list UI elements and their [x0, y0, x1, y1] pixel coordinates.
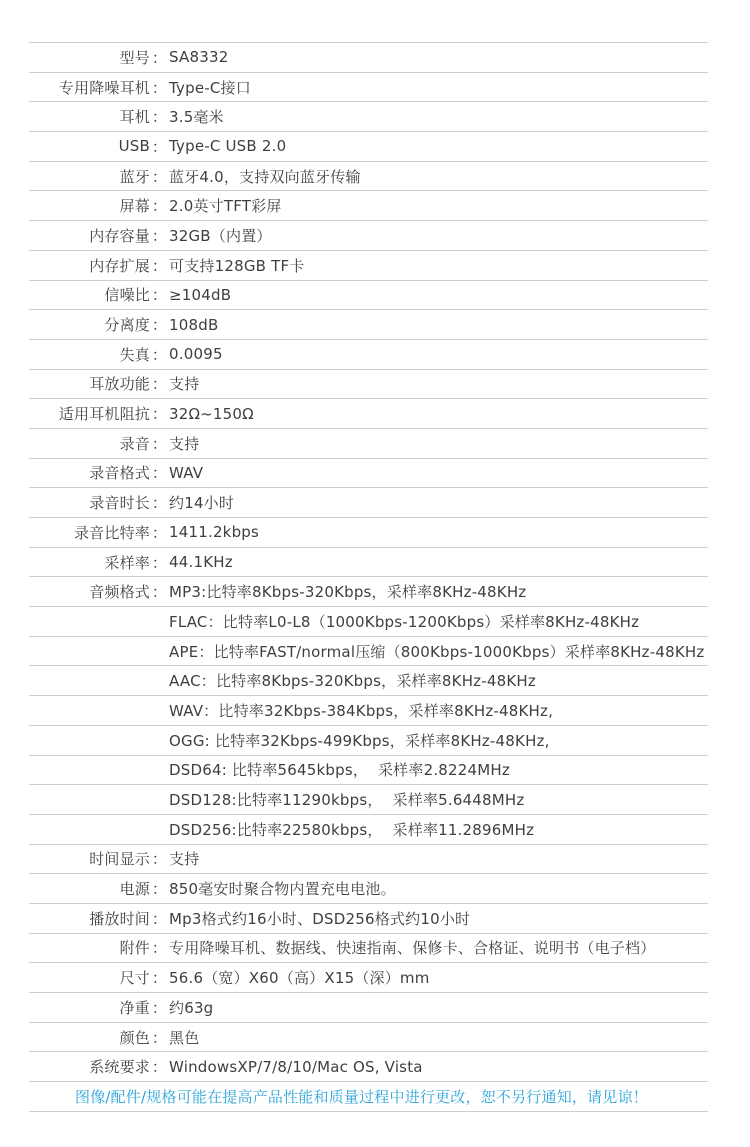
spec-value: APE：比特率FAST/normal压缩（800Kbps-1000Kbps）采样… [169, 641, 708, 662]
spec-value: ≥104dB [169, 286, 708, 304]
spec-row: 内存扩展：可支持128GB TF卡 [29, 250, 708, 280]
spec-row: 型号：SA8332 [29, 42, 708, 72]
spec-label: 音频格式 [29, 581, 150, 602]
spec-value: 黑色 [169, 1027, 708, 1048]
spec-label: 系统要求 [29, 1056, 150, 1077]
spec-label: 附件 [29, 937, 150, 958]
spec-value: 0.0095 [169, 345, 708, 363]
spec-value: OGG: 比特率32Kbps-499Kbps，采样率8KHz-48KHz, [169, 730, 708, 751]
spec-row: FLAC：比特率L0-L8（1000Kbps-1200Kbps）采样率8KHz-… [29, 606, 708, 636]
spec-row: 颜色：黑色 [29, 1022, 708, 1052]
spec-label: 耳机 [29, 106, 150, 127]
spec-colon: ： [150, 284, 169, 305]
spec-colon: ： [150, 403, 169, 424]
spec-row: DSD128:比特率11290kbps， 采样率5.6448MHz [29, 784, 708, 814]
spec-row: DSD256:比特率22580kbps， 采样率11.2896MHz [29, 814, 708, 844]
spec-label: 净重 [29, 997, 150, 1018]
spec-value: Mp3格式约16小时、DSD256格式约10小时 [169, 908, 708, 929]
spec-value: WindowsXP/7/8/10/Mac OS, Vista [169, 1058, 708, 1076]
spec-row: 录音时长：约14小时 [29, 487, 708, 517]
spec-label: 电源 [29, 878, 150, 899]
spec-row: APE：比特率FAST/normal压缩（800Kbps-1000Kbps）采样… [29, 636, 708, 666]
spec-colon: ： [150, 967, 169, 988]
spec-value: WAV：比特率32Kbps-384Kbps，采样率8KHz-48KHz, [169, 700, 708, 721]
spec-value: 108dB [169, 316, 708, 334]
spec-row: 录音：支持 [29, 428, 708, 458]
spec-value: 56.6（宽）X60（高）X15（深）mm [169, 967, 708, 988]
spec-value: 32GB（内置） [169, 225, 708, 246]
spec-colon: ： [150, 1056, 169, 1077]
spec-row: AAC：比特率8Kbps-320Kbps，采样率8KHz-48KHz [29, 665, 708, 695]
spec-value: 3.5毫米 [169, 106, 708, 127]
spec-value: 2.0英寸TFT彩屏 [169, 195, 708, 216]
spec-value: 约14小时 [169, 492, 708, 513]
spec-value: 850毫安时聚合物内置充电电池。 [169, 878, 708, 899]
spec-label: 适用耳机阻抗 [29, 403, 150, 424]
spec-row: WAV：比特率32Kbps-384Kbps，采样率8KHz-48KHz, [29, 695, 708, 725]
spec-row: 播放时间：Mp3格式约16小时、DSD256格式约10小时 [29, 903, 708, 933]
product-spec-page: 型号：SA8332专用降噪耳机：Type-C接口耳机：3.5毫米USB：Type… [0, 0, 750, 1147]
spec-colon: ： [150, 433, 169, 454]
spec-value: WAV [169, 464, 708, 482]
spec-label: 录音格式 [29, 462, 150, 483]
spec-value: 约63g [169, 997, 708, 1018]
spec-row: 屏幕：2.0英寸TFT彩屏 [29, 190, 708, 220]
spec-colon: ： [150, 522, 169, 543]
spec-value: DSD256:比特率22580kbps， 采样率11.2896MHz [169, 819, 708, 840]
spec-colon: ： [150, 225, 169, 246]
spec-row: 信噪比：≥104dB [29, 280, 708, 310]
spec-row: 分离度：108dB [29, 309, 708, 339]
spec-colon: ： [150, 314, 169, 335]
spec-label: USB [29, 137, 150, 155]
spec-row: OGG: 比特率32Kbps-499Kbps，采样率8KHz-48KHz, [29, 725, 708, 755]
spec-colon: ： [150, 908, 169, 929]
spec-colon: ： [150, 106, 169, 127]
spec-label: 屏幕 [29, 195, 150, 216]
spec-label: 尺寸 [29, 967, 150, 988]
spec-colon: ： [150, 878, 169, 899]
spec-colon: ： [150, 581, 169, 602]
spec-label: 播放时间 [29, 908, 150, 929]
spec-label: 内存扩展 [29, 255, 150, 276]
spec-label: 录音比特率 [29, 522, 150, 543]
spec-colon: ： [150, 166, 169, 187]
spec-colon: ： [150, 937, 169, 958]
spec-value: 可支持128GB TF卡 [169, 255, 708, 276]
spec-colon: ： [150, 1027, 169, 1048]
spec-value: Type-C接口 [169, 77, 708, 98]
spec-rows: 型号：SA8332专用降噪耳机：Type-C接口耳机：3.5毫米USB：Type… [29, 42, 708, 1081]
spec-label: 失真 [29, 344, 150, 365]
spec-row: 录音比特率：1411.2kbps [29, 517, 708, 547]
spec-value: Type-C USB 2.0 [169, 137, 708, 155]
spec-value: SA8332 [169, 48, 708, 66]
spec-label: 型号 [29, 47, 150, 68]
spec-row: 净重：约63g [29, 992, 708, 1022]
spec-row: USB：Type-C USB 2.0 [29, 131, 708, 161]
spec-colon: ： [150, 47, 169, 68]
spec-value: 支持 [169, 848, 708, 869]
spec-colon: ： [150, 997, 169, 1018]
spec-label: 耳放功能 [29, 373, 150, 394]
spec-row: 内存容量：32GB（内置） [29, 220, 708, 250]
spec-row: 尺寸：56.6（宽）X60（高）X15（深）mm [29, 962, 708, 992]
spec-label: 时间显示 [29, 848, 150, 869]
spec-label: 录音时长 [29, 492, 150, 513]
spec-row: 采样率：44.1KHz [29, 547, 708, 577]
spec-value: 32Ω~150Ω [169, 405, 708, 423]
spec-row: 蓝牙：蓝牙4.0，支持双向蓝牙传输 [29, 161, 708, 191]
footer-note: 图像/配件/规格可能在提高产品性能和质量过程中进行更改，恕不另行通知，请见谅！ [29, 1081, 708, 1112]
spec-row: 录音格式：WAV [29, 458, 708, 488]
spec-label: 蓝牙 [29, 166, 150, 187]
spec-colon: ： [150, 373, 169, 394]
spec-label: 录音 [29, 433, 150, 454]
spec-value: 支持 [169, 373, 708, 394]
spec-value: 专用降噪耳机、数据线、快速指南、保修卡、合格证、说明书（电子档） [169, 937, 708, 958]
footer-note-text: 图像/配件/规格可能在提高产品性能和质量过程中进行更改，恕不另行通知，请见谅！ [75, 1086, 648, 1107]
spec-row: 失真：0.0095 [29, 339, 708, 369]
spec-value: 蓝牙4.0，支持双向蓝牙传输 [169, 166, 708, 187]
spec-row: 时间显示：支持 [29, 844, 708, 874]
spec-row: 系统要求：WindowsXP/7/8/10/Mac OS, Vista [29, 1051, 708, 1081]
spec-row: 附件：专用降噪耳机、数据线、快速指南、保修卡、合格证、说明书（电子档） [29, 933, 708, 963]
spec-row: 音频格式：MP3:比特率8Kbps-320Kbps，采样率8KHz-48KHz [29, 576, 708, 606]
spec-value: DSD128:比特率11290kbps， 采样率5.6448MHz [169, 789, 708, 810]
spec-value: AAC：比特率8Kbps-320Kbps，采样率8KHz-48KHz [169, 670, 708, 691]
spec-colon: ： [150, 492, 169, 513]
spec-colon: ： [150, 136, 169, 157]
spec-row: 专用降噪耳机：Type-C接口 [29, 72, 708, 102]
spec-row: 电源：850毫安时聚合物内置充电电池。 [29, 873, 708, 903]
spec-colon: ： [150, 848, 169, 869]
spec-colon: ： [150, 195, 169, 216]
spec-value: FLAC：比特率L0-L8（1000Kbps-1200Kbps）采样率8KHz-… [169, 611, 708, 632]
spec-label: 颜色 [29, 1027, 150, 1048]
spec-label: 采样率 [29, 552, 150, 573]
spec-colon: ： [150, 255, 169, 276]
spec-colon: ： [150, 344, 169, 365]
spec-row: 耳放功能：支持 [29, 369, 708, 399]
spec-label: 内存容量 [29, 225, 150, 246]
spec-label: 分离度 [29, 314, 150, 335]
spec-value: DSD64: 比特率5645kbps， 采样率2.8224MHz [169, 759, 708, 780]
spec-value: 1411.2kbps [169, 523, 708, 541]
spec-row: DSD64: 比特率5645kbps， 采样率2.8224MHz [29, 755, 708, 785]
spec-colon: ： [150, 77, 169, 98]
spec-colon: ： [150, 552, 169, 573]
spec-value: 44.1KHz [169, 553, 708, 571]
spec-value: MP3:比特率8Kbps-320Kbps，采样率8KHz-48KHz [169, 581, 708, 602]
spec-label: 专用降噪耳机 [29, 77, 150, 98]
spec-table: 型号：SA8332专用降噪耳机：Type-C接口耳机：3.5毫米USB：Type… [29, 42, 708, 1112]
spec-value: 支持 [169, 433, 708, 454]
spec-row: 适用耳机阻抗：32Ω~150Ω [29, 398, 708, 428]
spec-row: 耳机：3.5毫米 [29, 101, 708, 131]
spec-colon: ： [150, 462, 169, 483]
spec-label: 信噪比 [29, 284, 150, 305]
